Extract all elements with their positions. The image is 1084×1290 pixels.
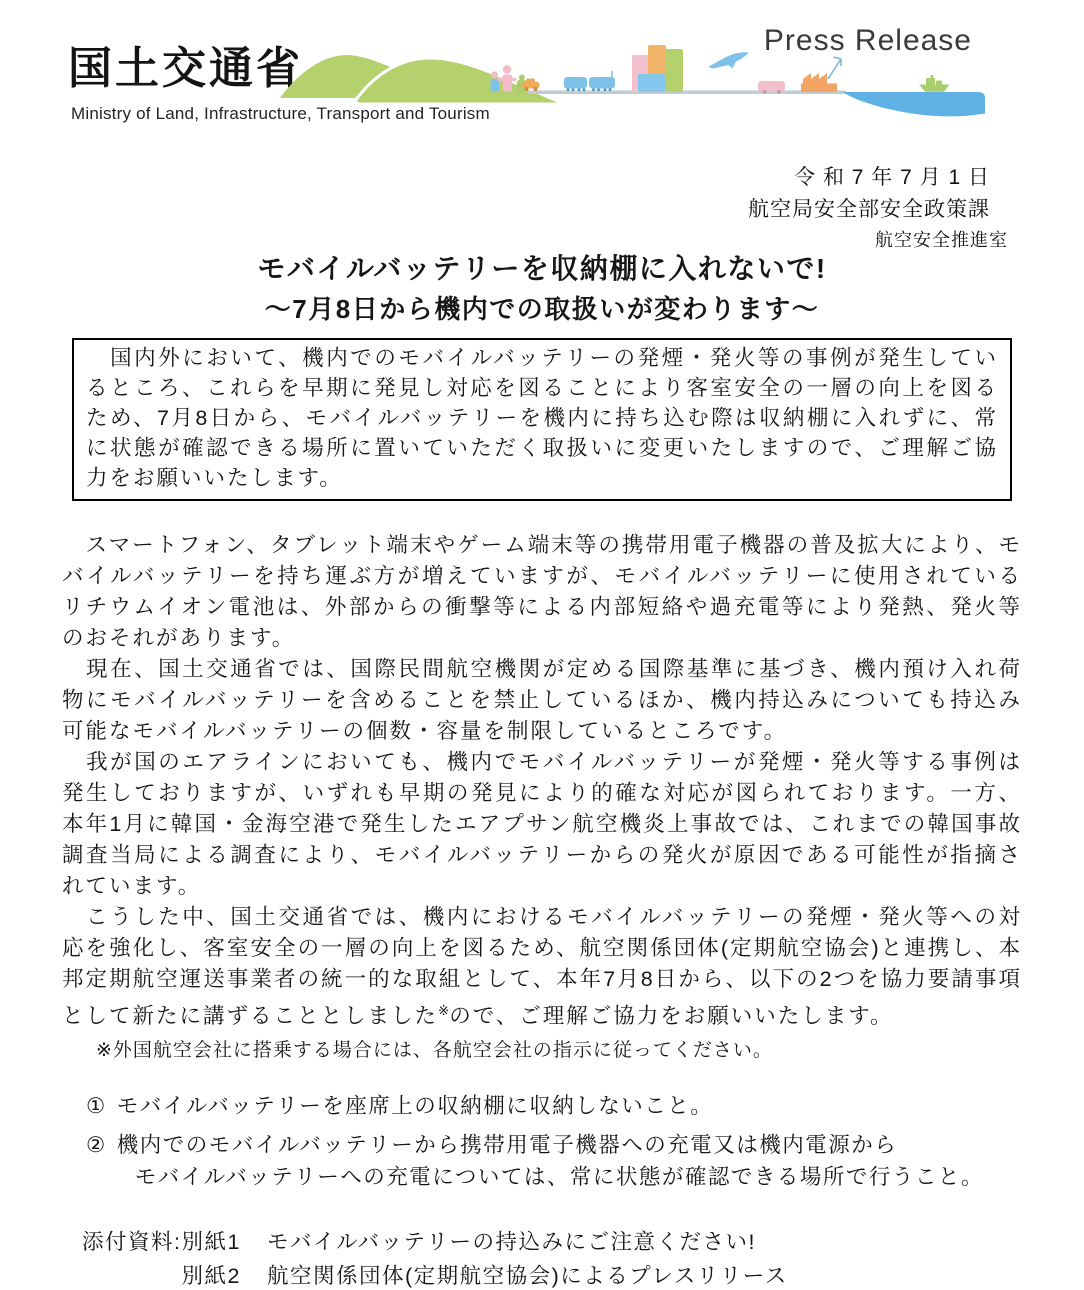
- sea-shape: [843, 92, 985, 116]
- summary-box: 国内外において、機内でのモバイルバッテリーの発煙・発火等の事例が発生しているとこ…: [72, 338, 1012, 501]
- attachment-row: 別紙2 航空関係団体(定期航空協会)によるプレスリリース: [181, 1259, 787, 1290]
- item-number: ①: [86, 1090, 107, 1122]
- attachment-list: 別紙1 モバイルバッテリーの持込みにご注意ください! 別紙2 航空関係団体(定期…: [181, 1225, 787, 1290]
- request-list: ① モバイルバッテリーを座席上の収納棚に収納しないこと。 ② 機内でのモバイルバ…: [62, 1090, 1022, 1193]
- mlit-logo-text: 国土交通省: [68, 44, 303, 95]
- item-number: ②: [86, 1129, 107, 1193]
- request-item-2: ② 機内でのモバイルバッテリーから携帯用電子機器への充電又は機内電源から モバイ…: [86, 1129, 1022, 1193]
- item-text: 機内でのモバイルバッテリーから携帯用電子機器への充電又は機内電源から モバイルバ…: [117, 1129, 984, 1193]
- paragraph-4: こうした中、国土交通省では、機内におけるモバイルバッテリーの発煙・発火等への対応…: [62, 902, 1022, 1032]
- crane-icon: [828, 57, 841, 79]
- press-title: モバイルバッテリーを収納棚に入れないで!: [0, 247, 1084, 287]
- airplane-icon: [708, 52, 749, 68]
- attachments: 添付資料: 別紙1 モバイルバッテリーの持込みにご注意ください! 別紙2 航空関…: [62, 1225, 1022, 1290]
- attachment-row: 別紙1 モバイルバッテリーの持込みにご注意ください!: [181, 1225, 787, 1259]
- issuing-department: 航空局安全部安全政策課: [748, 194, 990, 226]
- attachments-label: 添付資料:: [82, 1225, 181, 1290]
- press-subtitle: 〜7月8日から機内での取扱いが変わります〜: [0, 289, 1084, 326]
- attachment-title: モバイルバッテリーの持込みにご注意ください!: [267, 1225, 756, 1259]
- summary-text: 国内外において、機内でのモバイルバッテリーの発煙・発火等の事例が発生しているとこ…: [86, 346, 998, 490]
- date-text: 令 和 7 年 7 月 1 日: [748, 162, 990, 194]
- press-release-page: 国土交通省 Ministry of Land, Infrastructure, …: [0, 0, 1084, 1290]
- paragraph-2: 現在、国土交通省では、国際民間航空機関が定める国際基準に基づき、機内預け入れ荷物…: [62, 654, 1022, 747]
- factory-icon: [801, 57, 841, 92]
- attachment-title: 航空関係団体(定期航空協会)によるプレスリリース: [267, 1259, 788, 1290]
- dateline: 令 和 7 年 7 月 1 日 航空局安全部安全政策課 航空安全推進室: [748, 162, 990, 254]
- document-body: スマートフォン、タブレット端末やゲーム端末等の携帯用電子機器の普及拡大により、モ…: [62, 530, 1022, 1290]
- buildings-icon: [632, 45, 683, 92]
- footnote: ※外国航空会社に搭乗する場合には、各航空会社の指示に従ってください。: [62, 1038, 1022, 1064]
- request-item-1: ① モバイルバッテリーを座席上の収納棚に収納しないこと。: [86, 1090, 1022, 1122]
- attachment-name: 別紙1: [181, 1225, 240, 1259]
- ship-icon: [919, 75, 950, 92]
- paragraph-3: 我が国のエアラインにおいても、機内でモバイルバッテリーが発煙・発火等する事例は発…: [62, 747, 1022, 902]
- paragraph-1: スマートフォン、タブレット端末やゲーム端末等の携帯用電子機器の普及拡大により、モ…: [62, 530, 1022, 654]
- ground-line: [528, 91, 846, 95]
- train-icon: [564, 71, 615, 91]
- transport-illustration-icon: [278, 28, 988, 130]
- attachment-name: 別紙2: [181, 1259, 240, 1290]
- item-text: モバイルバッテリーを座席上の収納棚に収納しないこと。: [117, 1090, 714, 1122]
- reference-mark: ※: [438, 1003, 449, 1018]
